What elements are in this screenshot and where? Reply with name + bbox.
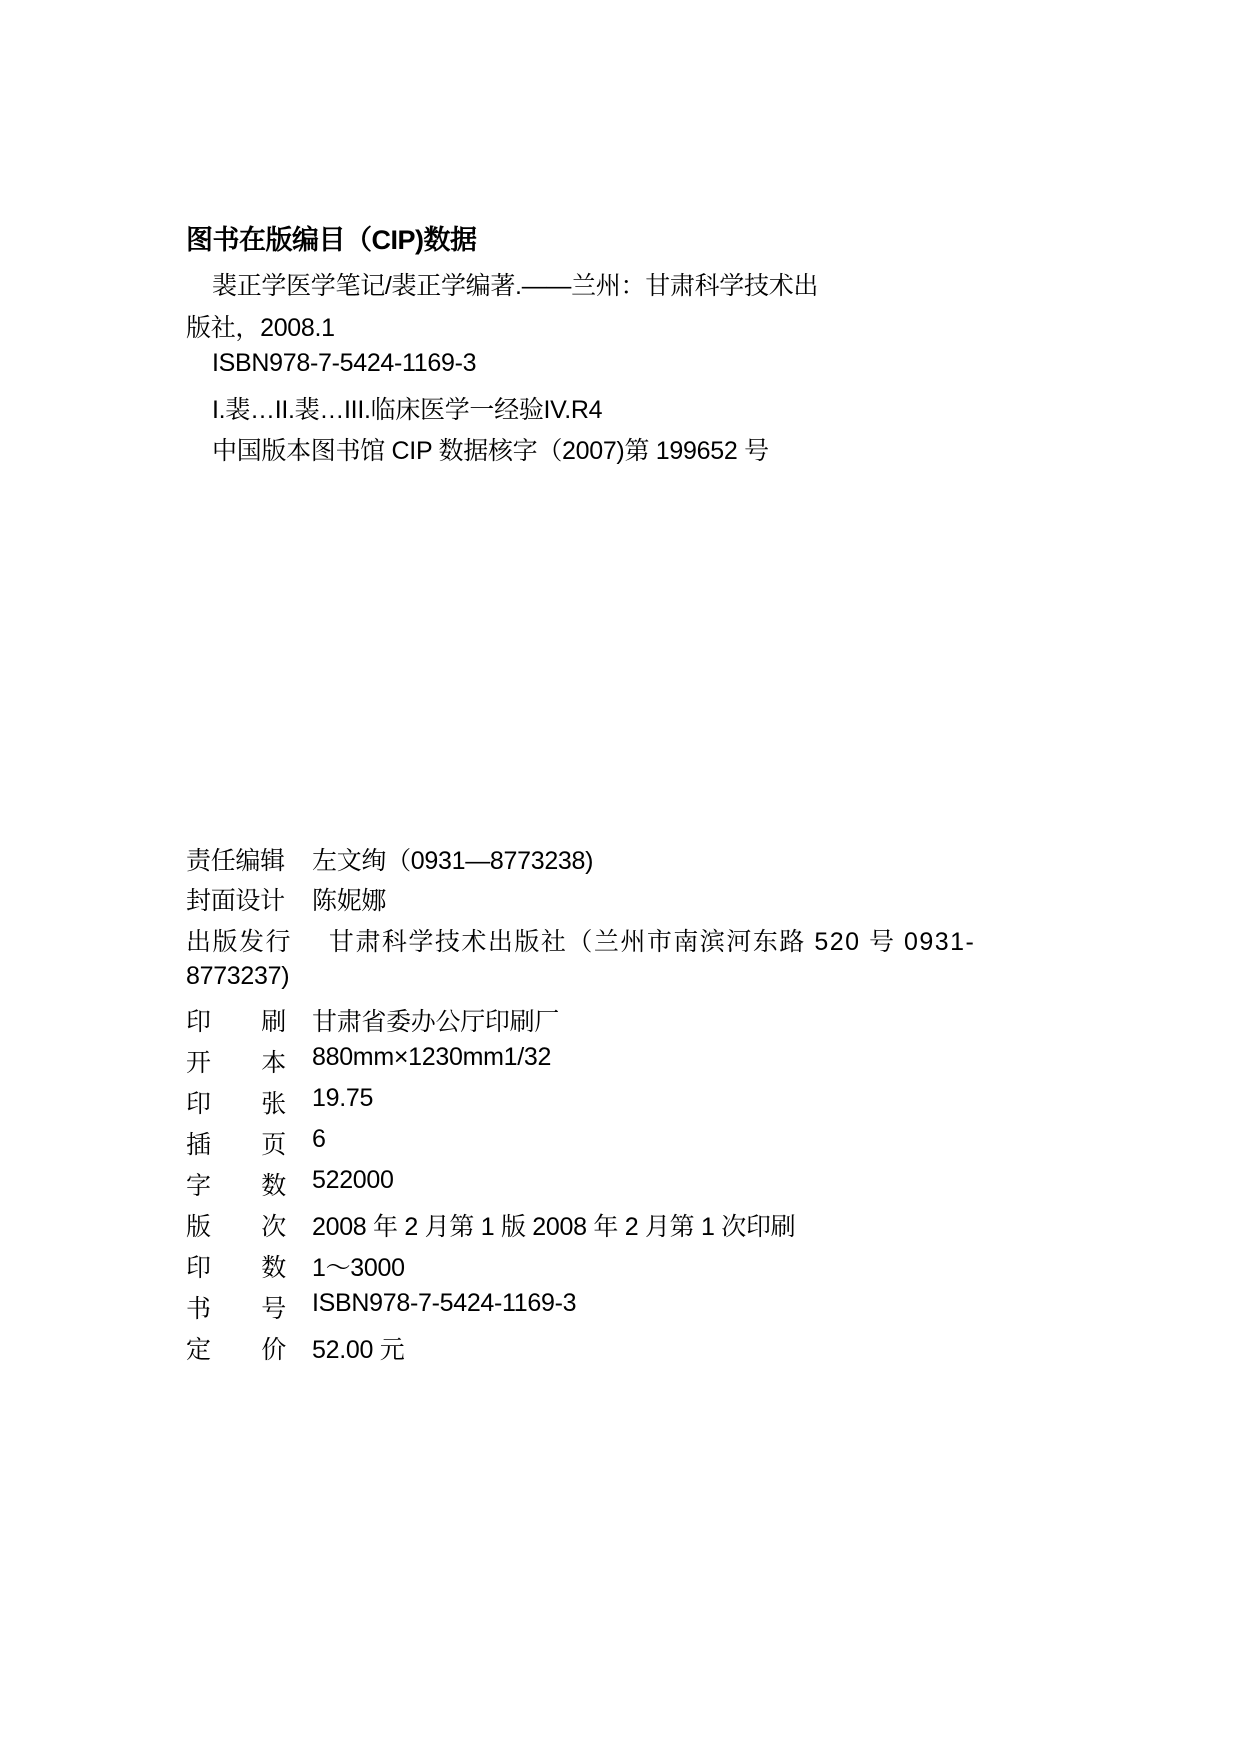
editor-value: 左文绚（0931—8773238) <box>312 841 593 877</box>
sheets-label-a: 印 <box>186 1084 211 1120</box>
colophon-words: 字数 522000 <box>186 1166 394 1202</box>
print-run-label-b: 数 <box>261 1248 286 1284</box>
book-no-label-b: 号 <box>261 1289 286 1325</box>
cip-record: 中国版本图书馆 CIP 数据核字（2007)第 199652 号 <box>212 431 769 467</box>
colophon-cover-design: 封面设计 陈妮娜 <box>186 881 386 917</box>
edition-label-a: 版 <box>186 1207 211 1243</box>
cip-classification: I.裴…II.裴…III.临床医学一经验IV.R4 <box>212 390 602 426</box>
book-no-label-a: 书 <box>186 1289 211 1325</box>
printer-label-a: 印 <box>186 1002 211 1038</box>
colophon-editor: 责任编辑 左文绚（0931—8773238) <box>186 841 593 877</box>
colophon-book-no: 书号 ISBN978-7-5424-1169-3 <box>186 1289 576 1325</box>
edition-label-b: 次 <box>261 1207 286 1243</box>
cover-design-label: 封面设计 <box>186 881 312 917</box>
colophon-printer: 印刷 甘肃省委办公厅印刷厂 <box>186 1002 559 1038</box>
edition-value: 2008 年 2 月第 1 版 2008 年 2 月第 1 次印刷 <box>312 1207 795 1243</box>
format-label-b: 本 <box>261 1043 286 1079</box>
publisher-label: 出版发行 <box>186 922 312 958</box>
cip-line-1: 裴正学医学笔记/裴正学编著.——兰州：甘肃科学技术出 <box>212 266 818 302</box>
plates-label-a: 插 <box>186 1125 211 1161</box>
print-run-label-a: 印 <box>186 1248 211 1284</box>
colophon-print-run: 印数 1～3000 <box>186 1248 405 1284</box>
book-no-value: ISBN978-7-5424-1169-3 <box>312 1289 576 1325</box>
publisher-value-cont: 8773237) <box>186 962 289 991</box>
colophon-publisher: 出版发行 甘肃科学技术出版社（兰州市南滨河东路 520 号 0931- <box>186 922 975 958</box>
publisher-value: 甘肃科学技术出版社（兰州市南滨河东路 520 号 0931- <box>312 922 975 958</box>
colophon-sheets: 印张 19.75 <box>186 1084 373 1120</box>
words-label-b: 数 <box>261 1166 286 1202</box>
sheets-value: 19.75 <box>312 1084 373 1120</box>
plates-value: 6 <box>312 1125 326 1161</box>
cip-title: 图书在版编目（CIP)数据 <box>186 218 477 257</box>
colophon-publisher-cont: 8773237) <box>186 962 289 991</box>
print-run-value: 1～3000 <box>312 1248 405 1284</box>
printer-label-b: 刷 <box>261 1002 286 1038</box>
plates-label-b: 页 <box>261 1125 286 1161</box>
editor-label: 责任编辑 <box>186 841 312 877</box>
colophon-format: 开本 880mm×1230mm1/32 <box>186 1043 551 1079</box>
price-value: 52.00 元 <box>312 1330 404 1366</box>
cip-line-2: 版社，2008.1 <box>186 308 335 344</box>
price-label-a: 定 <box>186 1330 211 1366</box>
words-value: 522000 <box>312 1166 394 1202</box>
colophon-price: 定价 52.00 元 <box>186 1330 404 1366</box>
format-label-a: 开 <box>186 1043 211 1079</box>
words-label-a: 字 <box>186 1166 211 1202</box>
sheets-label-b: 张 <box>261 1084 286 1120</box>
format-value: 880mm×1230mm1/32 <box>312 1043 551 1079</box>
price-label-b: 价 <box>261 1330 286 1366</box>
cip-isbn: ISBN978-7-5424-1169-3 <box>212 349 476 378</box>
cover-design-value: 陈妮娜 <box>312 881 386 917</box>
colophon-plates: 插页 6 <box>186 1125 326 1161</box>
colophon-edition: 版次 2008 年 2 月第 1 版 2008 年 2 月第 1 次印刷 <box>186 1207 795 1243</box>
printer-value: 甘肃省委办公厅印刷厂 <box>312 1002 559 1038</box>
